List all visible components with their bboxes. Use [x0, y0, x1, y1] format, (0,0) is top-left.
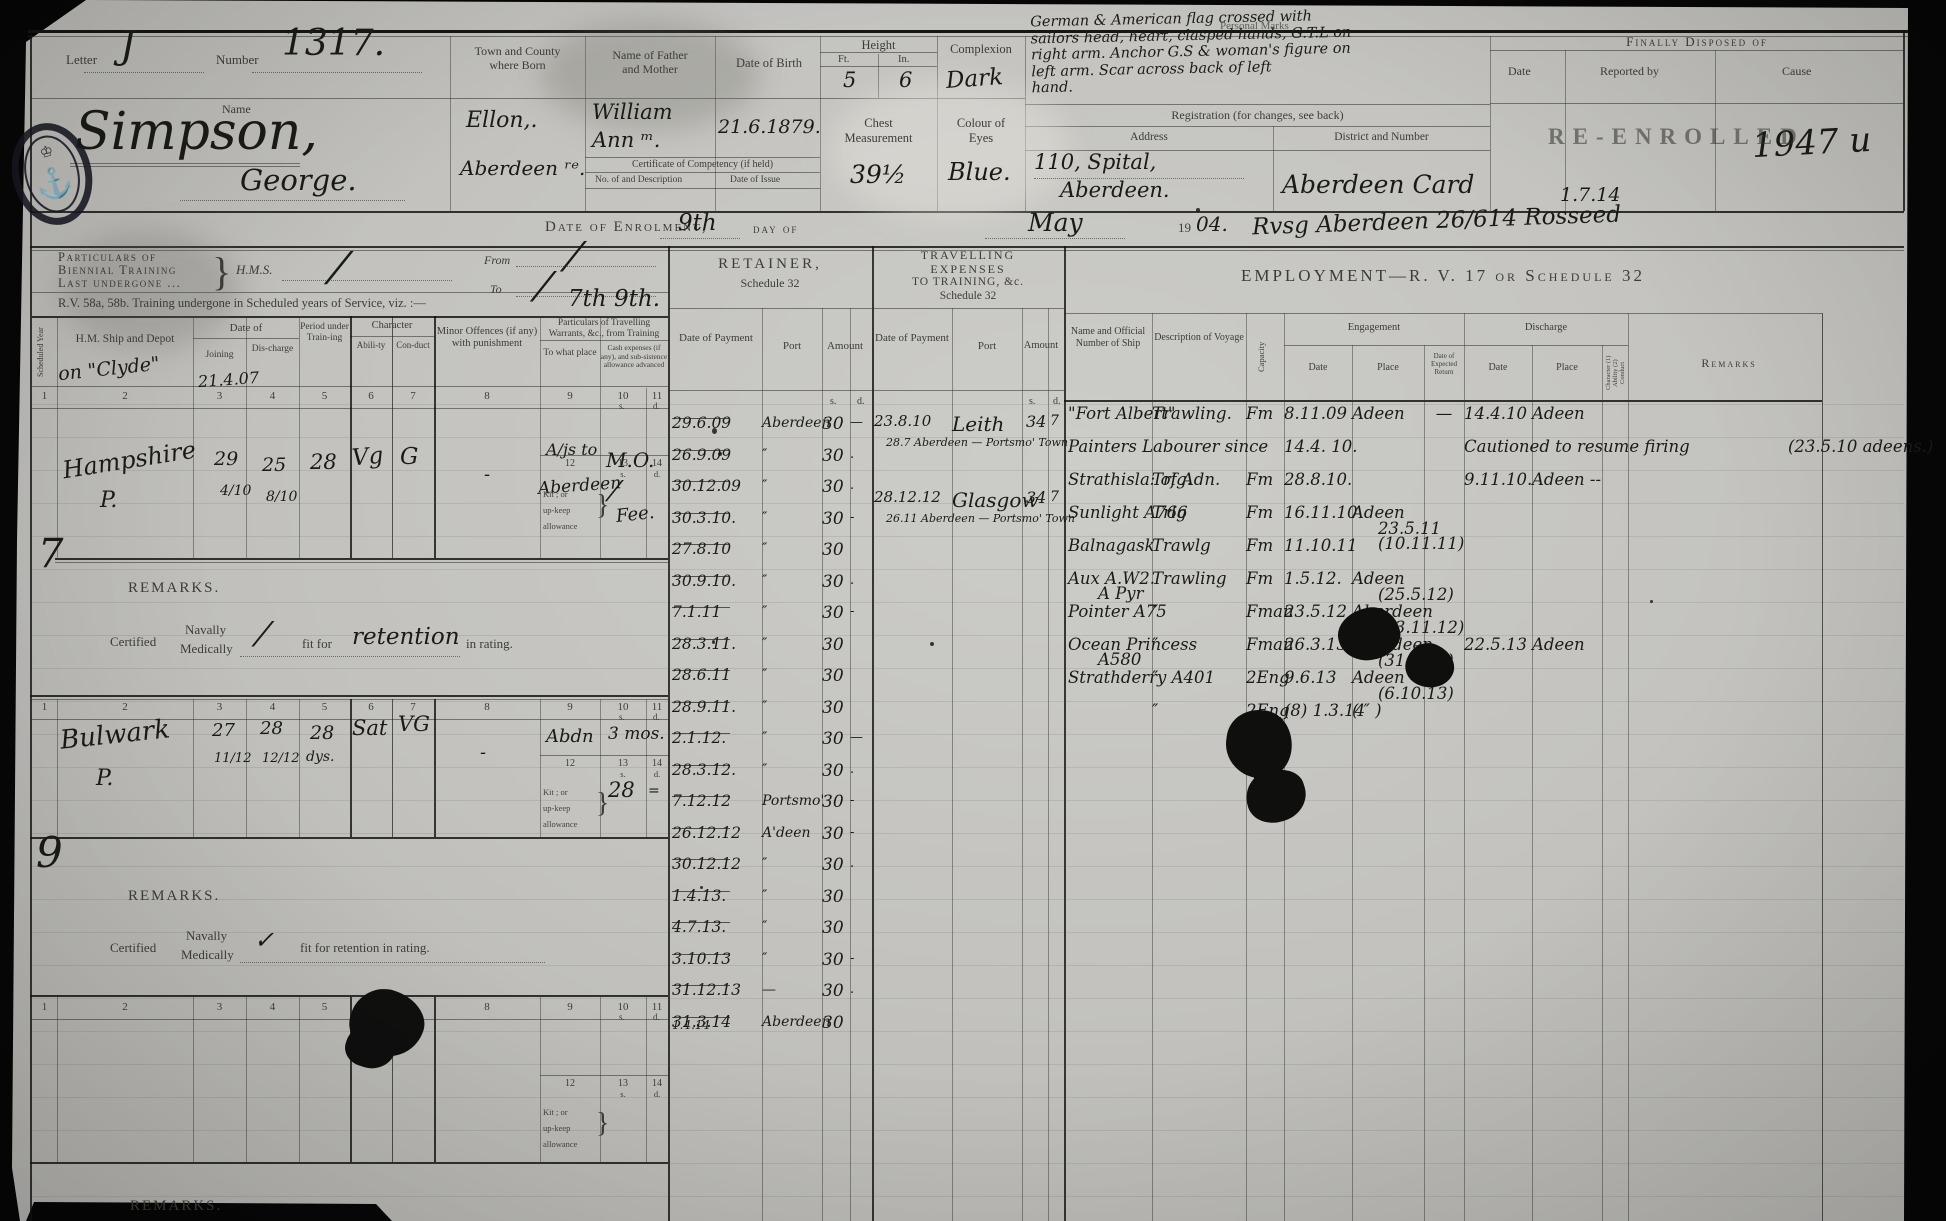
payment-shillings: 30: [822, 542, 844, 559]
payment-pence: .: [850, 983, 854, 996]
ability-value: Sat: [352, 718, 387, 739]
emp-discharge-date: 14.4.10: [1464, 404, 1527, 423]
s-label: s.: [619, 1012, 625, 1022]
discharge-date-2: 12/12: [262, 752, 299, 765]
period-value: 28: [310, 724, 334, 743]
biennial-label: Particulars ofBiennial TrainingLast unde…: [58, 251, 181, 290]
crown-icon: ♔: [38, 143, 55, 162]
enrolment-dayof-label: day of: [753, 221, 798, 237]
retainer-port-header: Port: [762, 340, 822, 352]
d-label: d.: [653, 401, 660, 411]
payment-port: ″: [762, 857, 767, 871]
travel-date-2: 28.7: [886, 436, 911, 449]
payment-shillings: 30: [822, 511, 844, 528]
disposed-reported-label: Reported by: [1600, 64, 1659, 79]
re-enrolled-stamp: RE-ENROLLED: [1548, 124, 1805, 150]
warrant-place: Abdn: [546, 728, 594, 746]
travel-pence: 7: [1050, 490, 1066, 510]
travelling-amount-header: Amount: [1018, 340, 1064, 351]
retainer-payment-row: 2.1.12. ″ 30 —: [672, 731, 872, 763]
s-label: s.: [619, 712, 625, 722]
surname-value: Simpson,: [75, 106, 318, 158]
chest-label: ChestMeasurement: [820, 116, 937, 146]
certified-tick-2: ✓: [254, 928, 274, 952]
finally-disposed-label: Finally Disposed of: [1490, 34, 1904, 50]
emp-engagement-place: ( ″ ): [1352, 701, 1382, 720]
payment-shillings: 30: [822, 952, 844, 969]
payment-port: ″: [762, 889, 767, 903]
payment-port: ″: [762, 952, 767, 966]
payment-pence: —: [850, 416, 863, 429]
kit-numbers: 12 13s. 14d.: [540, 1078, 668, 1100]
character-label: Character: [350, 320, 434, 331]
emp-engagement-date: 9.6.13: [1284, 668, 1336, 687]
competency-title: Certificate of Competency (if held): [585, 159, 820, 170]
ability-label: Abili-ty: [350, 340, 392, 350]
retainer-payment-row: 28.3.12. ″ 30 .: [672, 763, 872, 795]
emp-eng-place-header: Place: [1352, 362, 1424, 373]
emp-voyage: Trawling.: [1152, 404, 1232, 423]
kit-numbers: 12 13s. 14d.: [540, 458, 668, 480]
payment-date-2: [672, 702, 730, 704]
inches-label: In.: [898, 54, 909, 65]
number-label: Number: [216, 52, 259, 68]
payment-pence: .: [850, 763, 854, 776]
retainer-payment-row: 7.12.12 Portsmo' 30 -: [672, 794, 872, 826]
kit-allowance-label: Kit ; orup-keepallowance: [543, 1104, 597, 1152]
payment-shillings: 30: [822, 731, 844, 748]
joining-label: Joining: [193, 350, 246, 360]
travelling-title-3: TO TRAINING, &c.: [872, 276, 1064, 288]
scanned-naval-record: Letter J Number 1317. Town and Countywhe…: [0, 0, 1946, 1221]
forename-value: George.: [240, 166, 357, 195]
employment-row: Balnagask Trawlg Fm 11.10.11 (10.11.11): [1068, 538, 1822, 571]
retainer-payment-row: 4.7.13. ″ 30: [672, 920, 872, 952]
hms-slash: ⁄: [335, 248, 342, 292]
pre-entry-date: 21.4.07: [198, 370, 260, 390]
dob-value: 21.6.1879.: [718, 118, 821, 137]
retainer-payment-row: 31.12.13 — 30 .: [672, 983, 872, 1015]
travel-pence: 7: [1050, 414, 1066, 434]
emp-discharge-date: 22.5.13: [1464, 635, 1527, 654]
kit-numbers: 12 13s. 14d.: [540, 758, 668, 780]
travel-port: Glasgow: [952, 490, 1026, 510]
payment-shillings: 30: [822, 668, 844, 685]
joining-date: 27: [212, 722, 235, 740]
emp-engagement-date: 14.4. 10.: [1284, 437, 1357, 456]
emp-voyage-header: Description of Voyage: [1154, 332, 1244, 344]
s-label: s.: [1029, 396, 1035, 407]
height-label: Height: [820, 38, 937, 53]
emp-capacity: Fm: [1246, 470, 1273, 489]
medically-label-2: Medically: [181, 947, 234, 963]
emp-dis-date-header: Date: [1464, 362, 1532, 373]
retainer-payment-row: 29.6.09 Aberdeen 30 —: [672, 416, 872, 448]
retainer-payment-row: 7.1.11 ″ 30 -: [672, 605, 872, 637]
personal-marks-text: German & American flag crossed withsailo…: [1030, 8, 1352, 97]
ink-speck: [1196, 208, 1200, 212]
payment-shillings: 30: [822, 857, 844, 874]
address-label: Address: [1025, 131, 1273, 143]
number-value: 1317.: [282, 26, 385, 62]
employment-row: Painters Labourer since 14.4. 10. Cautio…: [1068, 439, 1822, 472]
remarks-title-1: REMARKS.: [128, 580, 220, 597]
column-numbers-row: 1234567891011: [32, 1001, 668, 1013]
birthplace-value-2: Aberdeen ʳᵉ.: [460, 158, 585, 178]
retainer-payment-row: 3.10.13 ″ 30 -: [672, 952, 872, 984]
emp-expected-return: —: [1436, 404, 1453, 423]
payment-date-2: [672, 828, 730, 830]
dob-label: Date of Birth: [722, 56, 816, 71]
employment-row: Strathisla: of Adn. Trlg. Fm 28.8.10. 9.…: [1068, 472, 1822, 505]
payment-port: ″: [762, 605, 767, 619]
retainer-subtitle: Schedule 32: [668, 276, 872, 291]
emp-voyage: Trawlg: [1152, 536, 1211, 555]
emp-engagement-date: 8.11.09: [1284, 404, 1347, 423]
scheduled-year-marker-7: 7: [38, 534, 63, 574]
payment-date-2: [672, 670, 730, 672]
travel-port: Leith: [952, 414, 1026, 434]
emp-engagement-date: 23.5.12: [1284, 602, 1347, 621]
chest-value: 39½: [850, 162, 906, 187]
payment-date-2: [672, 765, 730, 767]
depot-value: P.: [96, 768, 113, 790]
emp-remarks-header: Remarks: [1640, 356, 1818, 371]
payment-pence: -: [850, 511, 854, 524]
fit-for-label-2: fit for retention in rating.: [300, 940, 430, 956]
travelling-title-2: EXPENSES: [872, 262, 1064, 277]
emp-voyage: ″: [1152, 635, 1158, 654]
payment-shillings: 30: [822, 1015, 844, 1032]
emp-voyage: Trlg: [1152, 503, 1187, 522]
emp-ship-number: A580: [1098, 652, 1152, 669]
emp-voyage: Trawling: [1152, 569, 1227, 588]
payment-pence: -: [850, 952, 854, 965]
payment-port: ″: [762, 668, 767, 682]
d-label: d.: [653, 1012, 660, 1022]
scheduled-year-marker-9: 9: [36, 832, 63, 874]
to-slash: ⁄: [540, 268, 547, 308]
employment-row: "Fort Albert" Trawling. Fm 8.11.09 Adeen…: [1068, 406, 1822, 439]
emp-ship-number: A Pyr: [1098, 586, 1152, 603]
payment-port: Aberdeen: [762, 416, 831, 430]
payment-shillings: 30: [822, 448, 844, 465]
emp-voyage: ″: [1152, 602, 1158, 621]
letter-label: Letter: [66, 52, 97, 68]
column-numbers-row: 1234567891011: [32, 701, 668, 713]
emp-ship-name: Painters Labourer since: [1068, 437, 1268, 456]
minor-offences-value: -: [480, 744, 486, 762]
travel-date-2: 26.11: [886, 512, 918, 525]
travel-shillings: 34: [1026, 490, 1050, 510]
payment-date-2: [672, 576, 730, 578]
birthplace-label: Town and Countywhere Born: [452, 44, 583, 72]
s-label: s.: [619, 401, 625, 411]
kit-brace: }: [596, 1108, 609, 1140]
kit-allowance-label: Kit ; orup-keepallowance: [543, 486, 597, 534]
emp-voyage: ″: [1152, 701, 1158, 720]
navally-label-1: Navally: [185, 622, 226, 638]
ink-speck: [930, 642, 934, 646]
payment-pence: .: [850, 448, 854, 461]
in-rating-label-1: in rating.: [466, 636, 513, 652]
emp-ship-name: Strathisla: of Adn.: [1068, 470, 1220, 489]
emp-discharge-date: 9.11.10.: [1464, 470, 1532, 489]
payment-shillings: 30: [822, 416, 844, 433]
from-label: From: [484, 253, 510, 268]
to-label: To: [490, 282, 502, 297]
ability-value: Vg: [351, 445, 384, 471]
retainer-payment-row: 30.9.10. ″ 30 .: [672, 574, 872, 606]
emp-capacity: Fm: [1246, 503, 1273, 522]
payment-shillings: 30: [822, 889, 844, 906]
emp-discharge-place: Adeen --: [1532, 470, 1601, 489]
emp-character-header: Character (1) Ability (2) Conduct: [1605, 348, 1626, 398]
retainer-payment-row: 28.9.11. ″ 30: [672, 700, 872, 732]
date-of-label: Date of: [193, 322, 299, 334]
certified-label-2: Certified: [110, 940, 156, 956]
parents-label: Name of Fatherand Mother: [587, 48, 713, 76]
anchor-icon: ⚓: [32, 162, 77, 205]
payment-port: Aberdeen: [762, 1015, 831, 1029]
kit-tick: ⁄: [612, 478, 617, 506]
complexion-label: Complexion: [937, 42, 1025, 57]
d-label: d.: [1053, 396, 1061, 407]
enrolment-year: 04.: [1196, 214, 1228, 234]
payment-port: ″: [762, 542, 767, 556]
travel-date: 28.12.12: [874, 490, 952, 510]
retainer-payment-row: 1.4.13. ″ 30: [672, 889, 872, 921]
competency-issue-label: Date of Issue: [730, 175, 780, 185]
ink-speck: [700, 886, 703, 889]
disposed-cause-label: Cause: [1782, 64, 1811, 79]
joining-date-2: 11/12: [214, 752, 251, 765]
payment-shillings: 30: [822, 794, 844, 811]
payment-date-2: [672, 513, 730, 515]
discharge-date: 28: [260, 720, 283, 738]
emp-eng-date-header: Date: [1284, 362, 1352, 373]
payment-date-2: [672, 639, 730, 641]
kit-value: Fee.: [615, 504, 655, 526]
retainer-payment-row: 30.12.12 ″ 30 .: [672, 857, 872, 889]
emp-capacity: Fm: [1246, 536, 1273, 555]
navally-label-2: Navally: [186, 928, 227, 944]
emp-ship-header: Name and Official Number of Ship: [1066, 326, 1150, 350]
travel-shillings: 34: [1026, 414, 1050, 434]
joining-date: 29: [214, 450, 238, 469]
payment-date-2: [672, 922, 730, 924]
employment-row: Aux A.W2.A Pyr Trawling Fm 1.5.12. Adeen…: [1068, 571, 1822, 604]
payment-shillings: 30: [822, 479, 844, 496]
remarks-title-2: REMARKS.: [128, 888, 220, 905]
period-label: Period under Train-ing: [299, 322, 350, 344]
emp-voyage: ″: [1152, 668, 1158, 687]
travel-date: 23.8.10: [874, 414, 952, 434]
warrants-label: Particulars of Travelling Warrants, &c.,…: [540, 318, 668, 339]
payment-shillings: 30: [822, 700, 844, 717]
payment-port: ″: [762, 731, 767, 745]
payment-date-2: [672, 796, 730, 798]
payment-shillings: 30: [822, 826, 844, 843]
minor-offences-label: Minor Offences (if any) with punishment: [436, 326, 538, 350]
payment-date-2: [672, 891, 730, 893]
payment-port: ″: [762, 763, 767, 777]
travelling-port-header: Port: [952, 340, 1022, 352]
disposed-date-label: Date: [1508, 64, 1531, 79]
ship-depot-label: H.M. Ship and Depot: [57, 332, 193, 346]
emp-dis-place-header: Place: [1532, 362, 1602, 373]
emp-engagement-date: 11.10.11: [1284, 536, 1357, 555]
biennial-brace: }: [212, 248, 231, 295]
column-numbers-row: 1234567891011: [32, 390, 668, 402]
payment-pence: -: [850, 826, 854, 839]
payment-pence: .: [850, 574, 854, 587]
kit-allowance-label: Kit ; orup-keepallowance: [543, 784, 597, 832]
from-slash: ⁄: [570, 238, 577, 278]
emp-engagement-note: (10.11.11): [1378, 536, 1424, 553]
medically-label-1: Medically: [180, 641, 233, 657]
payment-port: ″: [762, 479, 767, 493]
rv-training-value: 7th 9th.: [568, 288, 660, 311]
payment-shillings: 30: [822, 574, 844, 591]
payment-date-2: [672, 954, 730, 956]
payment-date-2: [672, 859, 730, 861]
retainer-amount-header: Amount: [818, 340, 872, 352]
payment-port: ″: [762, 637, 767, 651]
discharge-label: Dis-charge: [246, 344, 299, 355]
retainer-title: RETAINER,: [668, 256, 872, 273]
emp-engagement-date: 16.11.10: [1284, 503, 1357, 522]
period-value: 28: [310, 452, 337, 473]
payment-date-2: [672, 450, 730, 452]
emp-capacity: Fm: [1246, 569, 1273, 588]
payment-date-2: [672, 481, 730, 483]
d-label: d.: [857, 396, 865, 407]
s-label: s.: [830, 396, 836, 407]
payment-pence: —: [850, 731, 863, 744]
kit-brace: }: [596, 490, 609, 522]
travel-route: Aberdeen — Portsmo' Town: [921, 512, 1075, 525]
emp-ship-name: Strathderry A401: [1068, 668, 1215, 687]
payment-date-2: [672, 544, 730, 546]
district-value: Aberdeen Card: [1282, 172, 1474, 197]
father-value: William: [592, 102, 673, 123]
warrant-place-1: A/js to: [546, 442, 597, 458]
emp-discharge-header: Discharge: [1464, 322, 1628, 333]
enrolment-month: May: [1028, 210, 1083, 235]
ink-speck: [718, 452, 722, 456]
conduct-value: G: [400, 446, 418, 469]
district-label: District and Number: [1273, 131, 1490, 143]
payment-port: ″: [762, 511, 767, 525]
travel-route: Aberdeen — Portsmo' Town: [914, 436, 1068, 449]
emp-discharge-date: Cautioned to resume firing: [1464, 437, 1690, 456]
emp-discharge-place: Adeen: [1532, 404, 1585, 423]
emp-expected-return-header: Date of Expected Return: [1424, 352, 1464, 376]
registration-label: Registration (for changes, see back): [1025, 108, 1490, 123]
payment-pence: -: [850, 794, 854, 807]
emp-engagement-place: Adeen: [1352, 404, 1405, 423]
address-value-2: Aberdeen.: [1060, 180, 1170, 201]
retainer-payment-row: 28.3.11. ″ 30: [672, 637, 872, 669]
conduct-label: Con-duct: [392, 340, 434, 350]
letter-value: J: [120, 26, 135, 64]
joining-date-2: 4/10: [220, 484, 251, 498]
payment-shillings: 30: [822, 983, 844, 1000]
retainer-payment-row: 26.9.09 ″ 30 .: [672, 448, 872, 480]
payment-port: ″: [762, 448, 767, 462]
payment-pence: .: [850, 479, 854, 492]
height-inches-value: 6: [899, 70, 912, 91]
enrolment-day: 9th: [678, 212, 717, 235]
emp-voyage: Trlg.: [1152, 470, 1192, 489]
travelling-title-1: TRAVELLING: [872, 248, 1064, 263]
employment-title: EMPLOYMENT—R. V. 17 or Schedule 32: [1064, 266, 1822, 286]
retainer-payment-row: 30.3.10. ″ 30 -: [672, 511, 872, 543]
retainer-payment-row: 31.3.141.4.14 Aberdeen 30: [672, 1015, 872, 1047]
retainer-payment-row: 28.6.11 ″ 30: [672, 668, 872, 700]
emp-remarks-value: (23.5.10 adeens.): [1788, 437, 1933, 456]
certified-label-1: Certified: [110, 634, 156, 650]
fit-for-label-1: fit for: [302, 636, 332, 652]
retainer-payment-row: 27.8.10 ″ 30: [672, 542, 872, 574]
payment-port: ″: [762, 920, 767, 934]
to-what-place-label: To what place: [540, 348, 600, 359]
payment-port: Portsmo': [762, 794, 824, 808]
mother-value: Ann ᵐ.: [592, 130, 660, 151]
payment-shillings: 30: [822, 763, 844, 780]
cash-value: 3 mos.: [608, 726, 665, 743]
travelling-subtitle: Schedule 32: [872, 290, 1064, 302]
hms-label: H.M.S.: [236, 262, 272, 278]
kit-value-2: =: [648, 784, 660, 798]
ink-speck: [712, 428, 717, 434]
emp-engagement-date: 1.5.12.: [1284, 569, 1342, 588]
conduct-value: VG: [398, 714, 430, 735]
competency-no-label: No. of and Description: [595, 175, 682, 185]
cash-expenses-label: Cash expenses (if any), and sub-sistence…: [600, 344, 668, 370]
emp-discharge-place: Adeen: [1532, 635, 1585, 654]
address-value-1: 110, Spital,: [1034, 152, 1156, 173]
birthplace-value-1: Ellon,.: [466, 110, 538, 132]
eyes-value: Blue.: [948, 160, 1011, 184]
emp-capacity: Fm: [1246, 404, 1273, 423]
payment-date-2: [672, 733, 730, 735]
payment-port: ″: [762, 700, 767, 714]
emp-capacity-header: Capacity: [1256, 318, 1266, 396]
payment-date-2: [672, 607, 730, 609]
emp-ship-name: Balnagask: [1068, 536, 1155, 555]
payment-shillings: 30: [822, 605, 844, 622]
payment-port: ″: [762, 574, 767, 588]
travelling-date-header: Date of Payment: [874, 332, 950, 345]
enrolment-year-pre: 19: [1178, 220, 1191, 236]
ink-speck: [712, 640, 715, 644]
fit-for-value-1: retention: [352, 626, 460, 649]
emp-engagement-header: Engagement: [1284, 322, 1464, 333]
feet-label: Ft.: [838, 54, 849, 65]
payment-port: A'deen: [762, 826, 811, 840]
height-feet-value: 5: [843, 70, 856, 91]
payment-date-2: 1.4.14: [672, 1017, 730, 1031]
depot-value: P.: [100, 490, 117, 512]
payment-date-2: [672, 418, 730, 420]
retainer-date-header: Date of Payment: [672, 332, 760, 345]
eyes-label: Colour ofEyes: [937, 116, 1025, 146]
retainer-payment-row: 30.12.09 ″ 30 .: [672, 479, 872, 511]
complexion-value: Dark: [945, 66, 1004, 93]
kit-value: 28: [608, 780, 635, 801]
